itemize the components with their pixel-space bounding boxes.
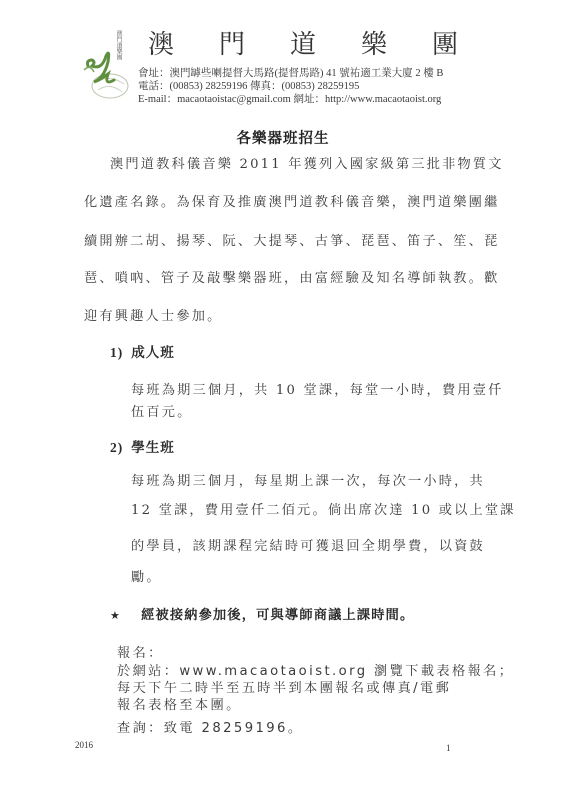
section-line: 勵。 bbox=[131, 566, 162, 585]
section-number: 1) bbox=[110, 345, 123, 360]
section-title: 學生班 bbox=[131, 440, 175, 456]
intro-line: 迎有興趣人士參加。 bbox=[84, 305, 223, 324]
org-name-char: 樂 bbox=[361, 28, 387, 62]
phone-fax-line: 電話：(00853) 28259196 傳真：(00853) 28259195 bbox=[138, 80, 359, 93]
organization-logo: 澳門道樂團 bbox=[80, 30, 130, 102]
intro-line: 澳門道教科儀音樂 2011 年獲列入國家級第三批非物質文 bbox=[110, 153, 504, 172]
registration-line: 報名表格至本團。 bbox=[117, 697, 242, 714]
section-line: 每班為期三個月，每星期上課一次，每次一小時，共 bbox=[131, 470, 485, 489]
org-name-char: 團 bbox=[432, 28, 458, 62]
org-name-char: 道 bbox=[290, 28, 316, 62]
enquiry-line: 查詢：致電 28259196。 bbox=[117, 720, 303, 737]
registration-line: 每天下午二時半至五時半到本團報名或傳真/電郵 bbox=[117, 680, 451, 697]
intro-line: 琶、嗩吶、管子及敲擊樂器班，由富經驗及知名導師執教。歡 bbox=[84, 267, 499, 286]
org-name-char: 門 bbox=[219, 28, 245, 62]
section-line: 伍百元。 bbox=[131, 401, 193, 420]
document-title: 各樂器班招生 bbox=[0, 127, 566, 148]
registration-line: 於網站：www.macaotaoist.org 瀏覽下載表格報名； bbox=[117, 663, 514, 680]
registration-label: 報名： bbox=[117, 645, 164, 662]
star-icon: ★ bbox=[110, 609, 121, 622]
section-title: 成人班 bbox=[131, 345, 175, 361]
organization-name: 澳 門 道 樂 團 bbox=[148, 28, 458, 62]
section-heading-student: 2)學生班 bbox=[110, 436, 175, 456]
org-name-char: 澳 bbox=[148, 28, 174, 62]
section-heading-adult: 1)成人班 bbox=[110, 341, 175, 361]
intro-line: 續開辦二胡、揚琴、阮、大提琴、古箏、琵琶、笛子、笙、琵 bbox=[84, 230, 499, 249]
page-number: 1 bbox=[446, 743, 451, 753]
section-number: 2) bbox=[110, 440, 123, 455]
star-note: ★經被接納參加後，可與導師商議上課時間。 bbox=[110, 604, 414, 623]
logo-vertical-text: 澳門道樂團 bbox=[112, 30, 122, 60]
section-line: 的學員，該期課程完結時可獲退回全期學費，以資鼓 bbox=[131, 535, 485, 554]
address-line: 會址：澳門罅些喇提督大馬路(提督馬路) 41 號祐適工業大廈 2 樓 B bbox=[138, 67, 443, 80]
email-website-line: E-mail：macaotaoistac@gmail.com 網址：http:/… bbox=[138, 93, 441, 106]
footer-year: 2016 bbox=[75, 740, 93, 750]
intro-line: 化遺產名錄。為保育及推廣澳門道教科儀音樂，澳門道樂團繼 bbox=[84, 191, 499, 210]
orchestra-logo-icon bbox=[80, 30, 130, 102]
section-line: 12 堂課，費用壹仟二佰元。倘出席次達 10 或以上堂課 bbox=[131, 499, 516, 518]
section-line: 每班為期三個月，共 10 堂課，每堂一小時，費用壹仟 bbox=[131, 379, 504, 398]
star-note-text: 經被接納參加後，可與導師商議上課時間。 bbox=[141, 608, 414, 623]
